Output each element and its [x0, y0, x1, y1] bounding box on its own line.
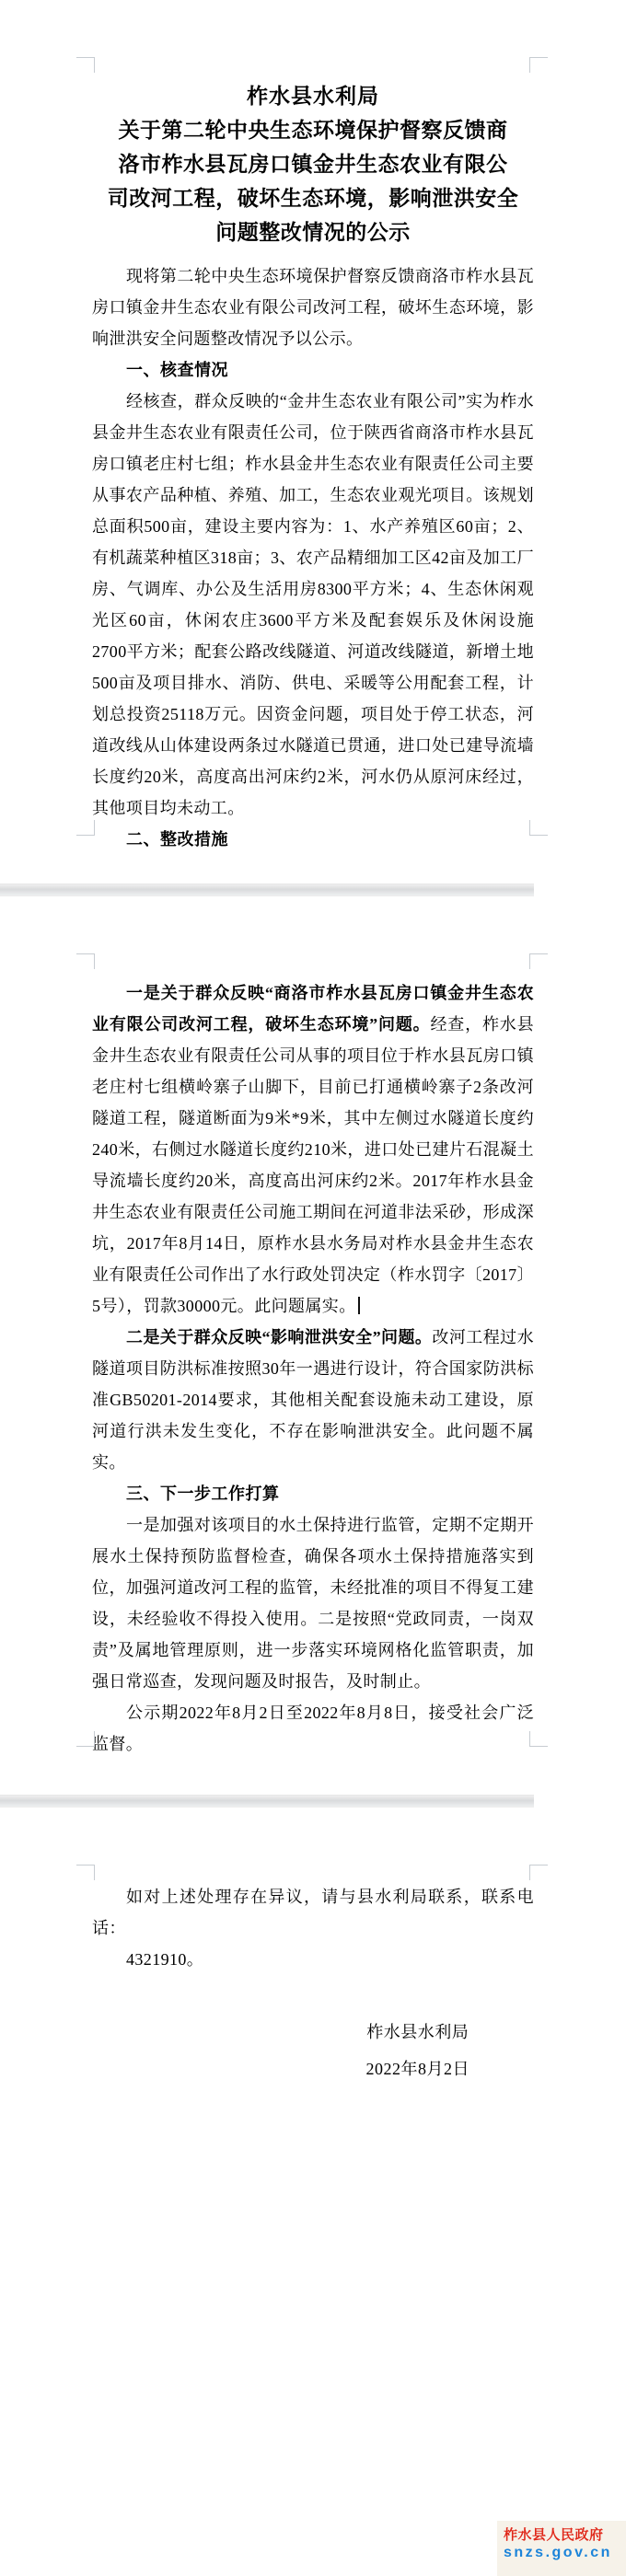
heading-check-findings: 一、核查情况 — [92, 354, 534, 386]
margin-corner-mark — [76, 1731, 95, 1747]
margin-corner-mark — [76, 953, 95, 969]
signature-agency: 柞水县水利局 — [366, 2014, 470, 2050]
margin-corner-mark — [529, 57, 548, 73]
document-title-line: 问题整改情况的公示 — [92, 215, 534, 249]
page-break-gap — [0, 1795, 534, 1808]
paragraph-issue-1: 一是关于群众反映“商洛市柞水县瓦房口镇金井生态农业有限公司改河工程，破坏生态环境… — [92, 977, 534, 1322]
gov-badge-org-name: 柞水县人民政府 — [504, 2527, 626, 2544]
document-title-line: 司改河工程，破坏生态环境，影响泄洪安全 — [92, 181, 534, 215]
margin-corner-mark — [76, 57, 95, 73]
paragraph-contact-phone: 4321910。 — [92, 1944, 534, 1975]
gov-badge-site-url: snzs.gov.cn — [504, 2544, 626, 2562]
paragraph-next-steps: 一是加强对该项目的水土保持进行监管，定期不定期开展水土保持预防监督检查，确保各项… — [92, 1509, 534, 1697]
signature-block: 柞水县水利局 2022年8月2日 — [366, 2014, 470, 2087]
margin-corner-mark — [529, 953, 548, 969]
text-cursor — [358, 1297, 360, 1314]
issue-2-lead: 二是关于群众反映“影响泄洪安全”问题。 — [126, 1328, 432, 1346]
margin-corner-mark — [529, 1865, 548, 1880]
margin-corner-mark — [529, 820, 548, 836]
gov-site-badge: 柞水县人民政府 snzs.gov.cn — [497, 2521, 626, 2576]
margin-corner-mark — [76, 1865, 95, 1880]
page-break-gap — [0, 884, 534, 896]
document-page-1[interactable]: 柞水县水利局 关于第二轮中央生态环境保护督察反馈商 洛市柞水县瓦房口镇金井生态农… — [0, 0, 626, 884]
document-title-line: 关于第二轮中央生态环境保护督察反馈商 — [92, 113, 534, 147]
document-page-3[interactable]: 如对上述处理存在异议，请与县水利局联系，联系电话： 4321910。 柞水县水利… — [0, 1808, 626, 2576]
paragraph-issue-2: 二是关于群众反映“影响泄洪安全”问题。改河工程过水隧道项目防洪标准按照30年一遇… — [92, 1322, 534, 1478]
paragraph-check-findings: 经核查，群众反映的“金井生态农业有限公司”实为柞水县金井生态农业有限责任公司，位… — [92, 386, 534, 824]
document-page-2[interactable]: 一是关于群众反映“商洛市柞水县瓦房口镇金井生态农业有限公司改河工程，破坏生态环境… — [0, 896, 626, 1795]
issuing-agency-title: 柞水县水利局 — [92, 79, 534, 113]
paragraph-intro: 现将第二轮中央生态环境保护督察反馈商洛市柞水县瓦房口镇金井生态农业有限公司改河工… — [92, 260, 534, 354]
issue-1-body: 经查，柞水县金井生态农业有限责任公司从事的项目位于柞水县瓦房口镇老庄村七组横岭寨… — [92, 1015, 534, 1315]
margin-corner-mark — [529, 1731, 548, 1747]
heading-next-steps: 三、下一步工作打算 — [92, 1478, 534, 1509]
document-title-line: 洛市柞水县瓦房口镇金井生态农业有限公 — [92, 147, 534, 181]
issue-2-body: 改河工程过水隧道项目防洪标准按照30年一遇进行设计，符合国家防洪标准GB5020… — [92, 1328, 534, 1472]
paragraph-publicity-period: 公示期2022年8月2日至2022年8月8日，接受社会广泛监督。 — [92, 1697, 534, 1760]
document-viewer: 柞水县水利局 关于第二轮中央生态环境保护督察反馈商 洛市柞水县瓦房口镇金井生态农… — [0, 0, 626, 2576]
document-title: 关于第二轮中央生态环境保护督察反馈商 洛市柞水县瓦房口镇金井生态农业有限公 司改… — [92, 113, 534, 249]
heading-rectification-measures: 二、整改措施 — [92, 824, 534, 855]
margin-corner-mark — [76, 820, 95, 836]
paragraph-contact-line1: 如对上述处理存在异议，请与县水利局联系，联系电话： — [92, 1881, 534, 1944]
signature-date: 2022年8月2日 — [366, 2050, 470, 2087]
